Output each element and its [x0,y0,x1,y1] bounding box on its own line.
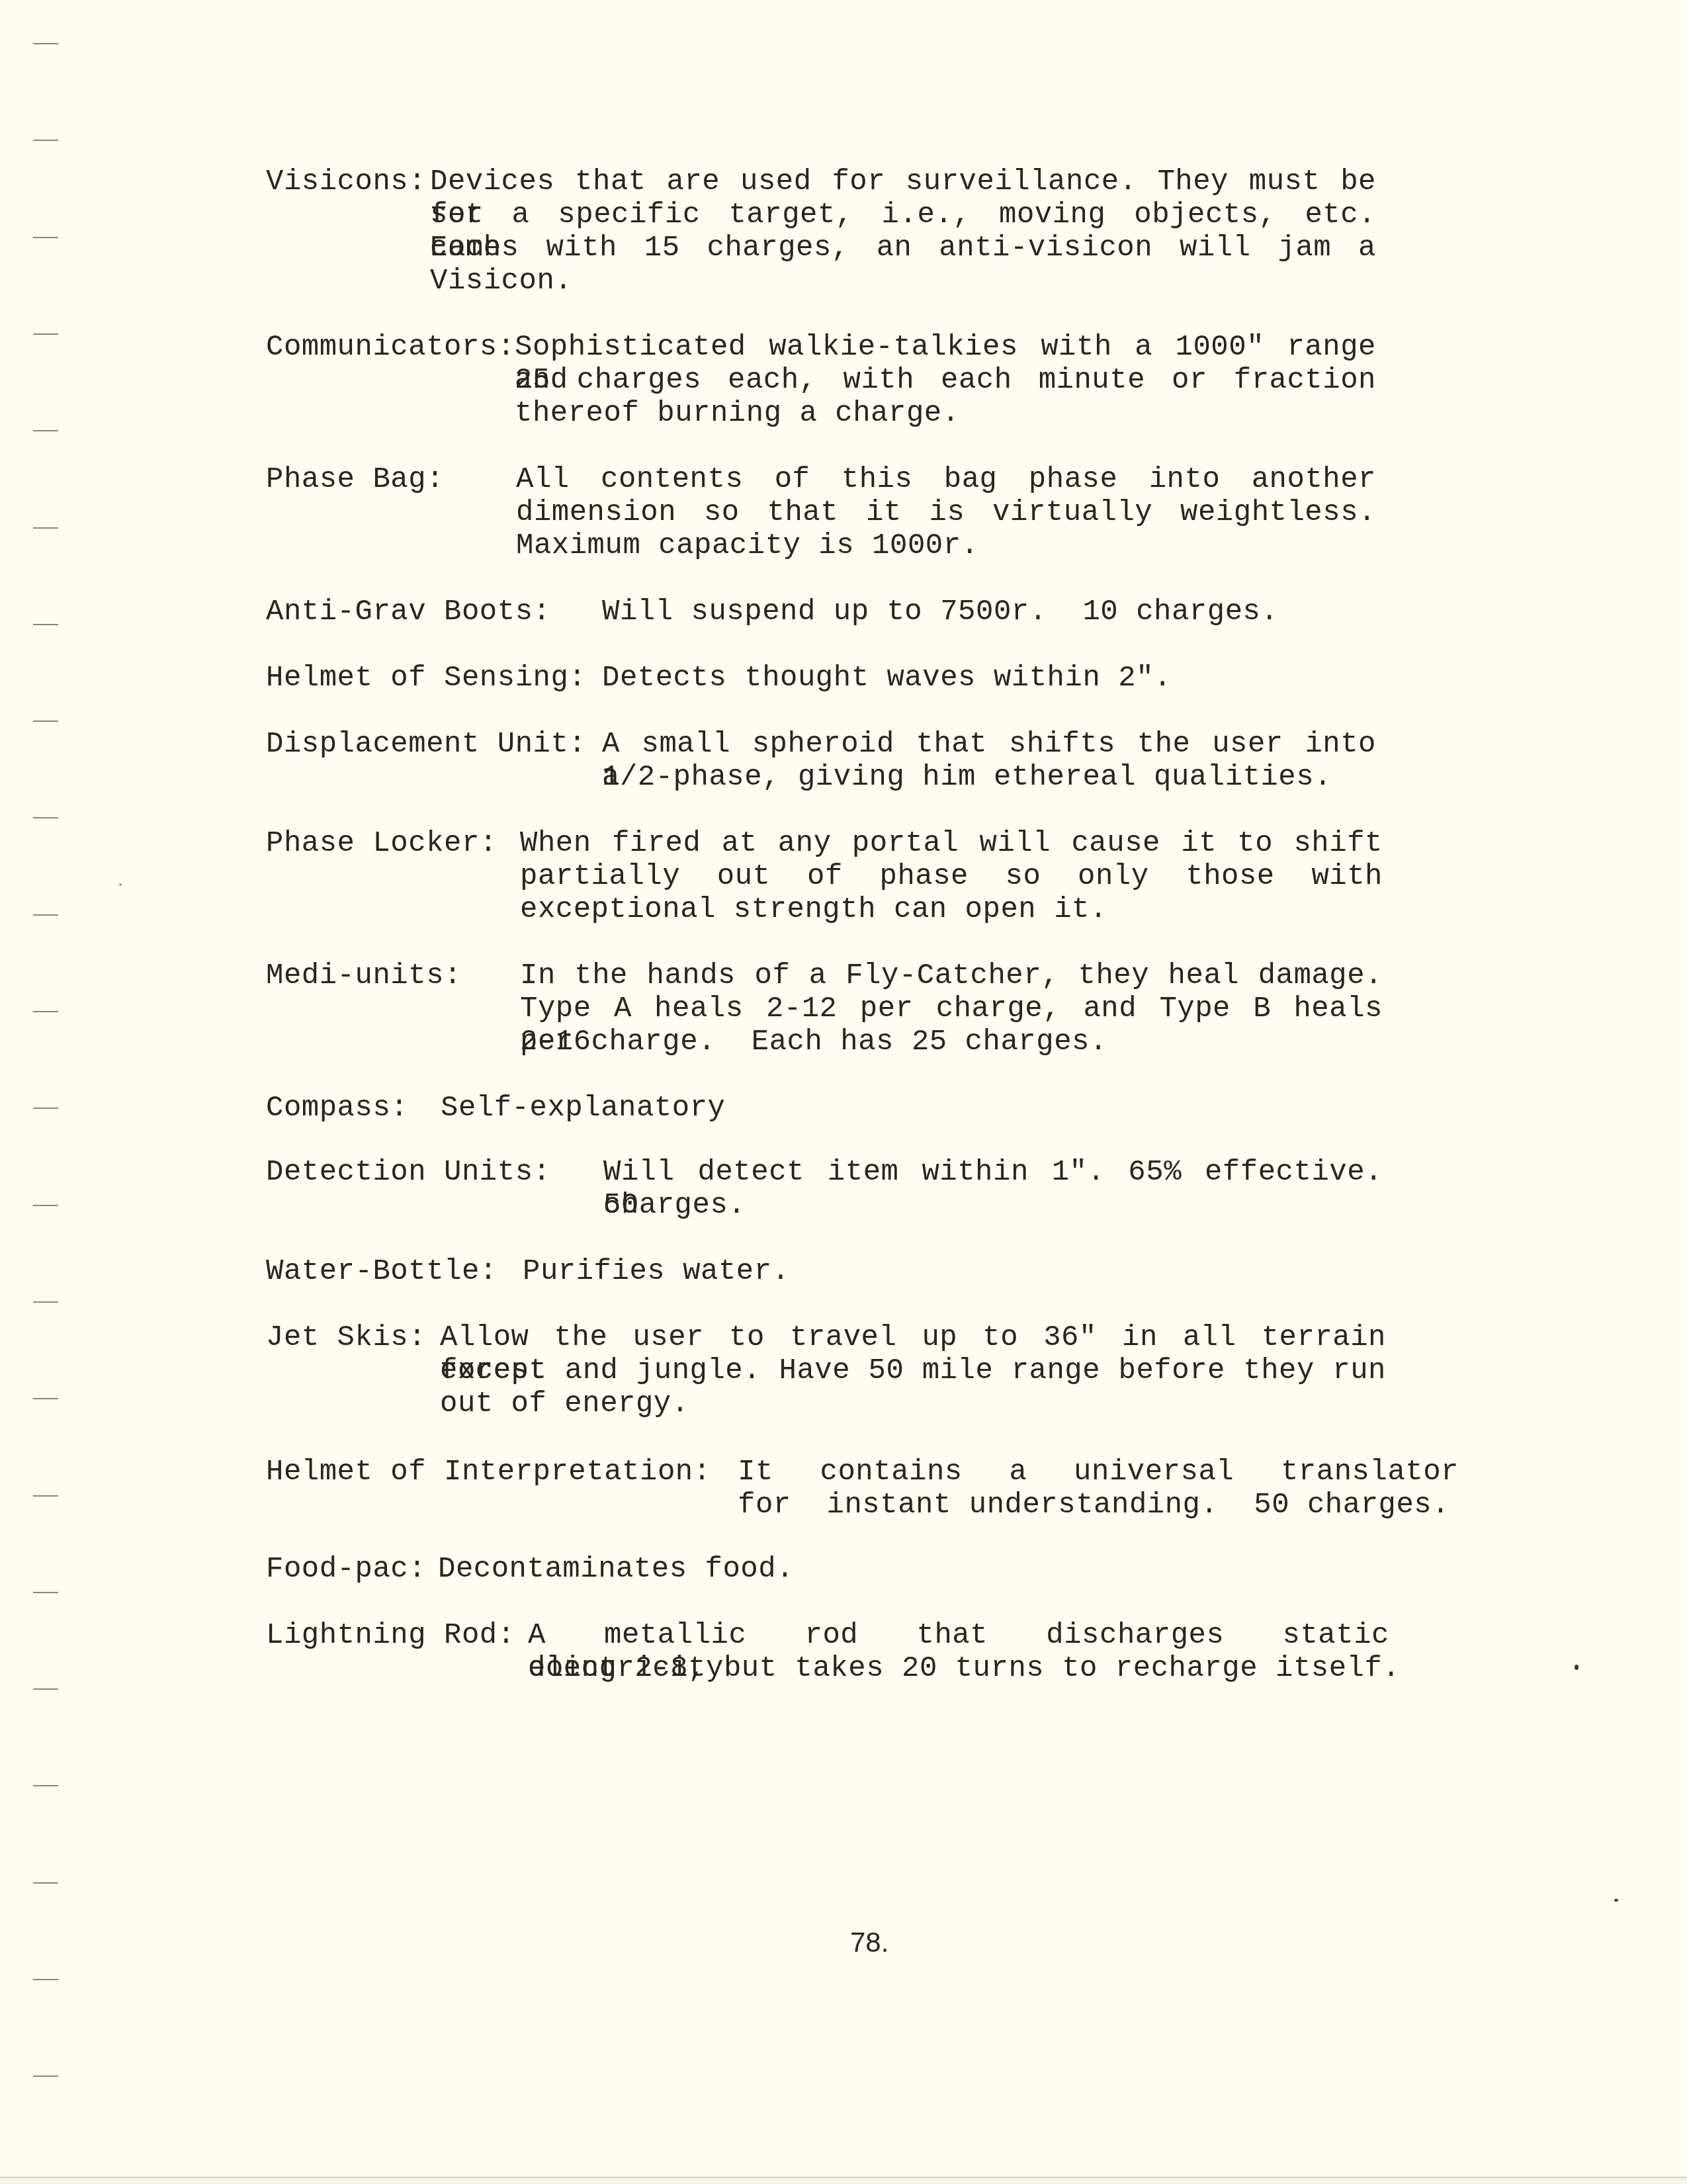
margin-tick-mark [33,817,58,818]
margin-tick-mark [33,1398,58,1399]
entry-label: Jet Skis: [266,1321,426,1354]
margin-tick-mark [33,43,58,44]
margin-tick-mark [33,430,58,431]
entry-description-line: Detects thought waves within 2". [602,662,1172,695]
entry-description-line: Purifies water. [523,1255,790,1288]
entry-description-line: In the hands of a Fly-Catcher, they heal… [520,959,1383,992]
entry-description-line: for instant understanding. 50 charges. [738,1489,1449,1522]
margin-tick-mark [33,1979,58,1980]
entry-description-line: When fired at any portal will cause it t… [520,827,1383,860]
margin-tick-mark [33,1495,58,1497]
document-page: Visicons:Devices that are used for surve… [0,0,1687,2178]
entry-label: Anti-Grav Boots: [266,595,550,629]
page-number: 78. [850,1927,888,1958]
entry-description-line: Decontaminates food. [438,1553,794,1586]
entry-label: Food-pac: [266,1553,426,1586]
scan-speck [1614,1899,1618,1901]
entry-label: Helmet of Interpretation: [266,1456,711,1489]
margin-tick-mark [33,140,58,141]
entry-label: Medi-units: [266,959,462,992]
entry-label: Communicators: [266,331,515,364]
entry-description-line: dimension so that it is virtually weight… [516,496,1376,529]
entry-description-line: out of energy. [440,1387,689,1420]
margin-tick-mark [33,333,58,335]
margin-tick-mark [33,624,58,625]
entry-description-line: thereof burning a charge. [515,397,960,430]
entry-description-line: forest and jungle. Have 50 mile range be… [440,1354,1386,1387]
entry-description-line: Self-explanatory [441,1092,725,1125]
margin-tick-mark [33,914,58,916]
entry-label: Compass: [266,1092,408,1125]
entry-description-line: exceptional strength can open it. [520,893,1107,926]
scan-speck [1575,1665,1579,1670]
entry-description-line: per charge. Each has 25 charges. [520,1026,1107,1059]
entry-description-line: All contents of this bag phase into anot… [516,463,1376,496]
entry-label: Phase Bag: [266,463,444,496]
margin-tick-mark [33,1592,58,1593]
entry-description-line: Maximum capacity is 1000r. [516,529,979,562]
margin-tick-mark [33,1011,58,1012]
entry-label: Displacement Unit: [266,728,586,761]
entry-description-line: 1/2-phase, giving him ethereal qualities… [602,761,1332,794]
entry-description-line: Will suspend up to 7500r. 10 charges. [602,595,1278,629]
margin-tick-mark [33,1785,58,1786]
entry-description-line: doing 2-8, but takes 20 turns to recharg… [528,1652,1400,1685]
entry-label: Water-Bottle: [266,1255,497,1288]
entry-description-line: charges. [603,1189,746,1222]
margin-tick-mark [33,1882,58,1884]
entry-description-line: It contains a universal translator [738,1456,1459,1489]
entry-label: Helmet of Sensing: [266,662,586,695]
entry-description-line: partially out of phase so only those wit… [520,860,1383,893]
entry-description-line: 25 charges each, with each minute or fra… [515,364,1376,397]
margin-tick-mark [33,721,58,722]
entry-label: Detection Units: [266,1156,550,1189]
margin-tick-mark [33,527,58,529]
entry-label: Phase Locker: [266,827,497,860]
entry-label: Visicons: [266,165,426,198]
margin-tick-mark [33,1301,58,1303]
margin-tick-mark [33,2075,58,2077]
entry-label: Lightning Rod: [266,1619,515,1652]
margin-tick-mark [33,1205,58,1206]
scan-speck [119,883,122,886]
entry-description-line: Visicon. [430,265,572,298]
entry-description-line: comes with 15 charges, an anti-visicon w… [430,232,1376,265]
margin-tick-mark [33,237,58,238]
margin-tick-mark [33,1688,58,1690]
margin-tick-mark [33,1108,58,1109]
